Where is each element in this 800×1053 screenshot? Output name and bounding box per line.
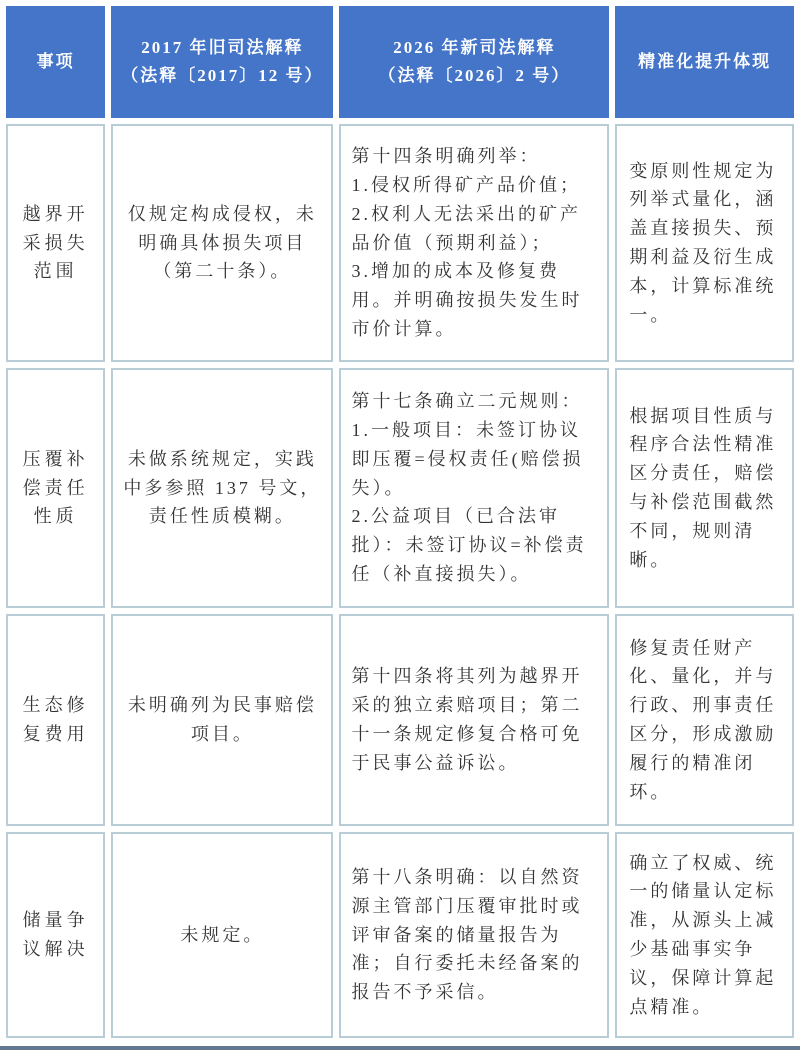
row4-old-cell: 未规定。 [111,832,333,1038]
row1-new-cell: 第十四条明确列举： 1.侵权所得矿产品价值； 2.权利人无法采出的矿产品价值（预… [339,124,609,362]
header-cell-item: 事项 [6,6,105,118]
bottom-divider [0,1046,800,1050]
row3-old-cell: 未明确列为民事赔偿项目。 [111,614,333,826]
table-row: 压覆补 偿责任 性质 未做系统规定，实践中多参照 137 号文，责任性质模糊。 … [6,368,794,608]
row3-new-cell: 第十四条将其列为越界开采的独立索赔项目；第二十一条规定修复合格可免于民事公益诉讼… [339,614,609,826]
row2-improvement-cell: 根据项目性质与程序合法性精准区分责任，赔偿与补偿范围截然不同，规则清晰。 [615,368,794,608]
header-cell-old-interpretation: 2017 年旧司法解释 （法释〔2017〕12 号） [111,6,333,118]
row4-item-cell: 储量争 议解决 [6,832,105,1038]
row4-new-cell: 第十八条明确：以自然资源主管部门压覆审批时或评审备案的储量报告为准；自行委托未经… [339,832,609,1038]
row3-improvement-cell: 修复责任财产化、量化，并与行政、刑事责任区分，形成激励履行的精准闭环。 [615,614,794,826]
row2-item-cell: 压覆补 偿责任 性质 [6,368,105,608]
comparison-table: 事项 2017 年旧司法解释 （法释〔2017〕12 号） 2026 年新司法解… [0,0,800,1044]
row2-new-cell: 第十七条确立二元规则： 1.一般项目：未签订协议即压覆=侵权责任(赔偿损失）。 … [339,368,609,608]
row3-item-cell: 生态修 复费用 [6,614,105,826]
header-cell-new-interpretation: 2026 年新司法解释 （法释〔2026〕2 号） [339,6,609,118]
row2-old-cell: 未做系统规定，实践中多参照 137 号文，责任性质模糊。 [111,368,333,608]
row4-improvement-cell: 确立了权威、统一的储量认定标准，从源头上减少基础事实争议，保障计算起点精准。 [615,832,794,1038]
page: 事项 2017 年旧司法解释 （法释〔2017〕12 号） 2026 年新司法解… [0,0,800,1053]
table-row: 生态修 复费用 未明确列为民事赔偿项目。 第十四条将其列为越界开采的独立索赔项目… [6,614,794,826]
row1-improvement-cell: 变原则性规定为列举式量化，涵盖直接损失、预期利益及衍生成本，计算标准统一。 [615,124,794,362]
row1-item-cell: 越界开 采损失 范围 [6,124,105,362]
table-row: 储量争 议解决 未规定。 第十八条明确：以自然资源主管部门压覆审批时或评审备案的… [6,832,794,1038]
header-row: 事项 2017 年旧司法解释 （法释〔2017〕12 号） 2026 年新司法解… [6,6,794,118]
row1-old-cell: 仅规定构成侵权，未明确具体损失项目（第二十条）。 [111,124,333,362]
table-row: 越界开 采损失 范围 仅规定构成侵权，未明确具体损失项目（第二十条）。 第十四条… [6,124,794,362]
header-cell-improvement: 精准化提升体现 [615,6,794,118]
